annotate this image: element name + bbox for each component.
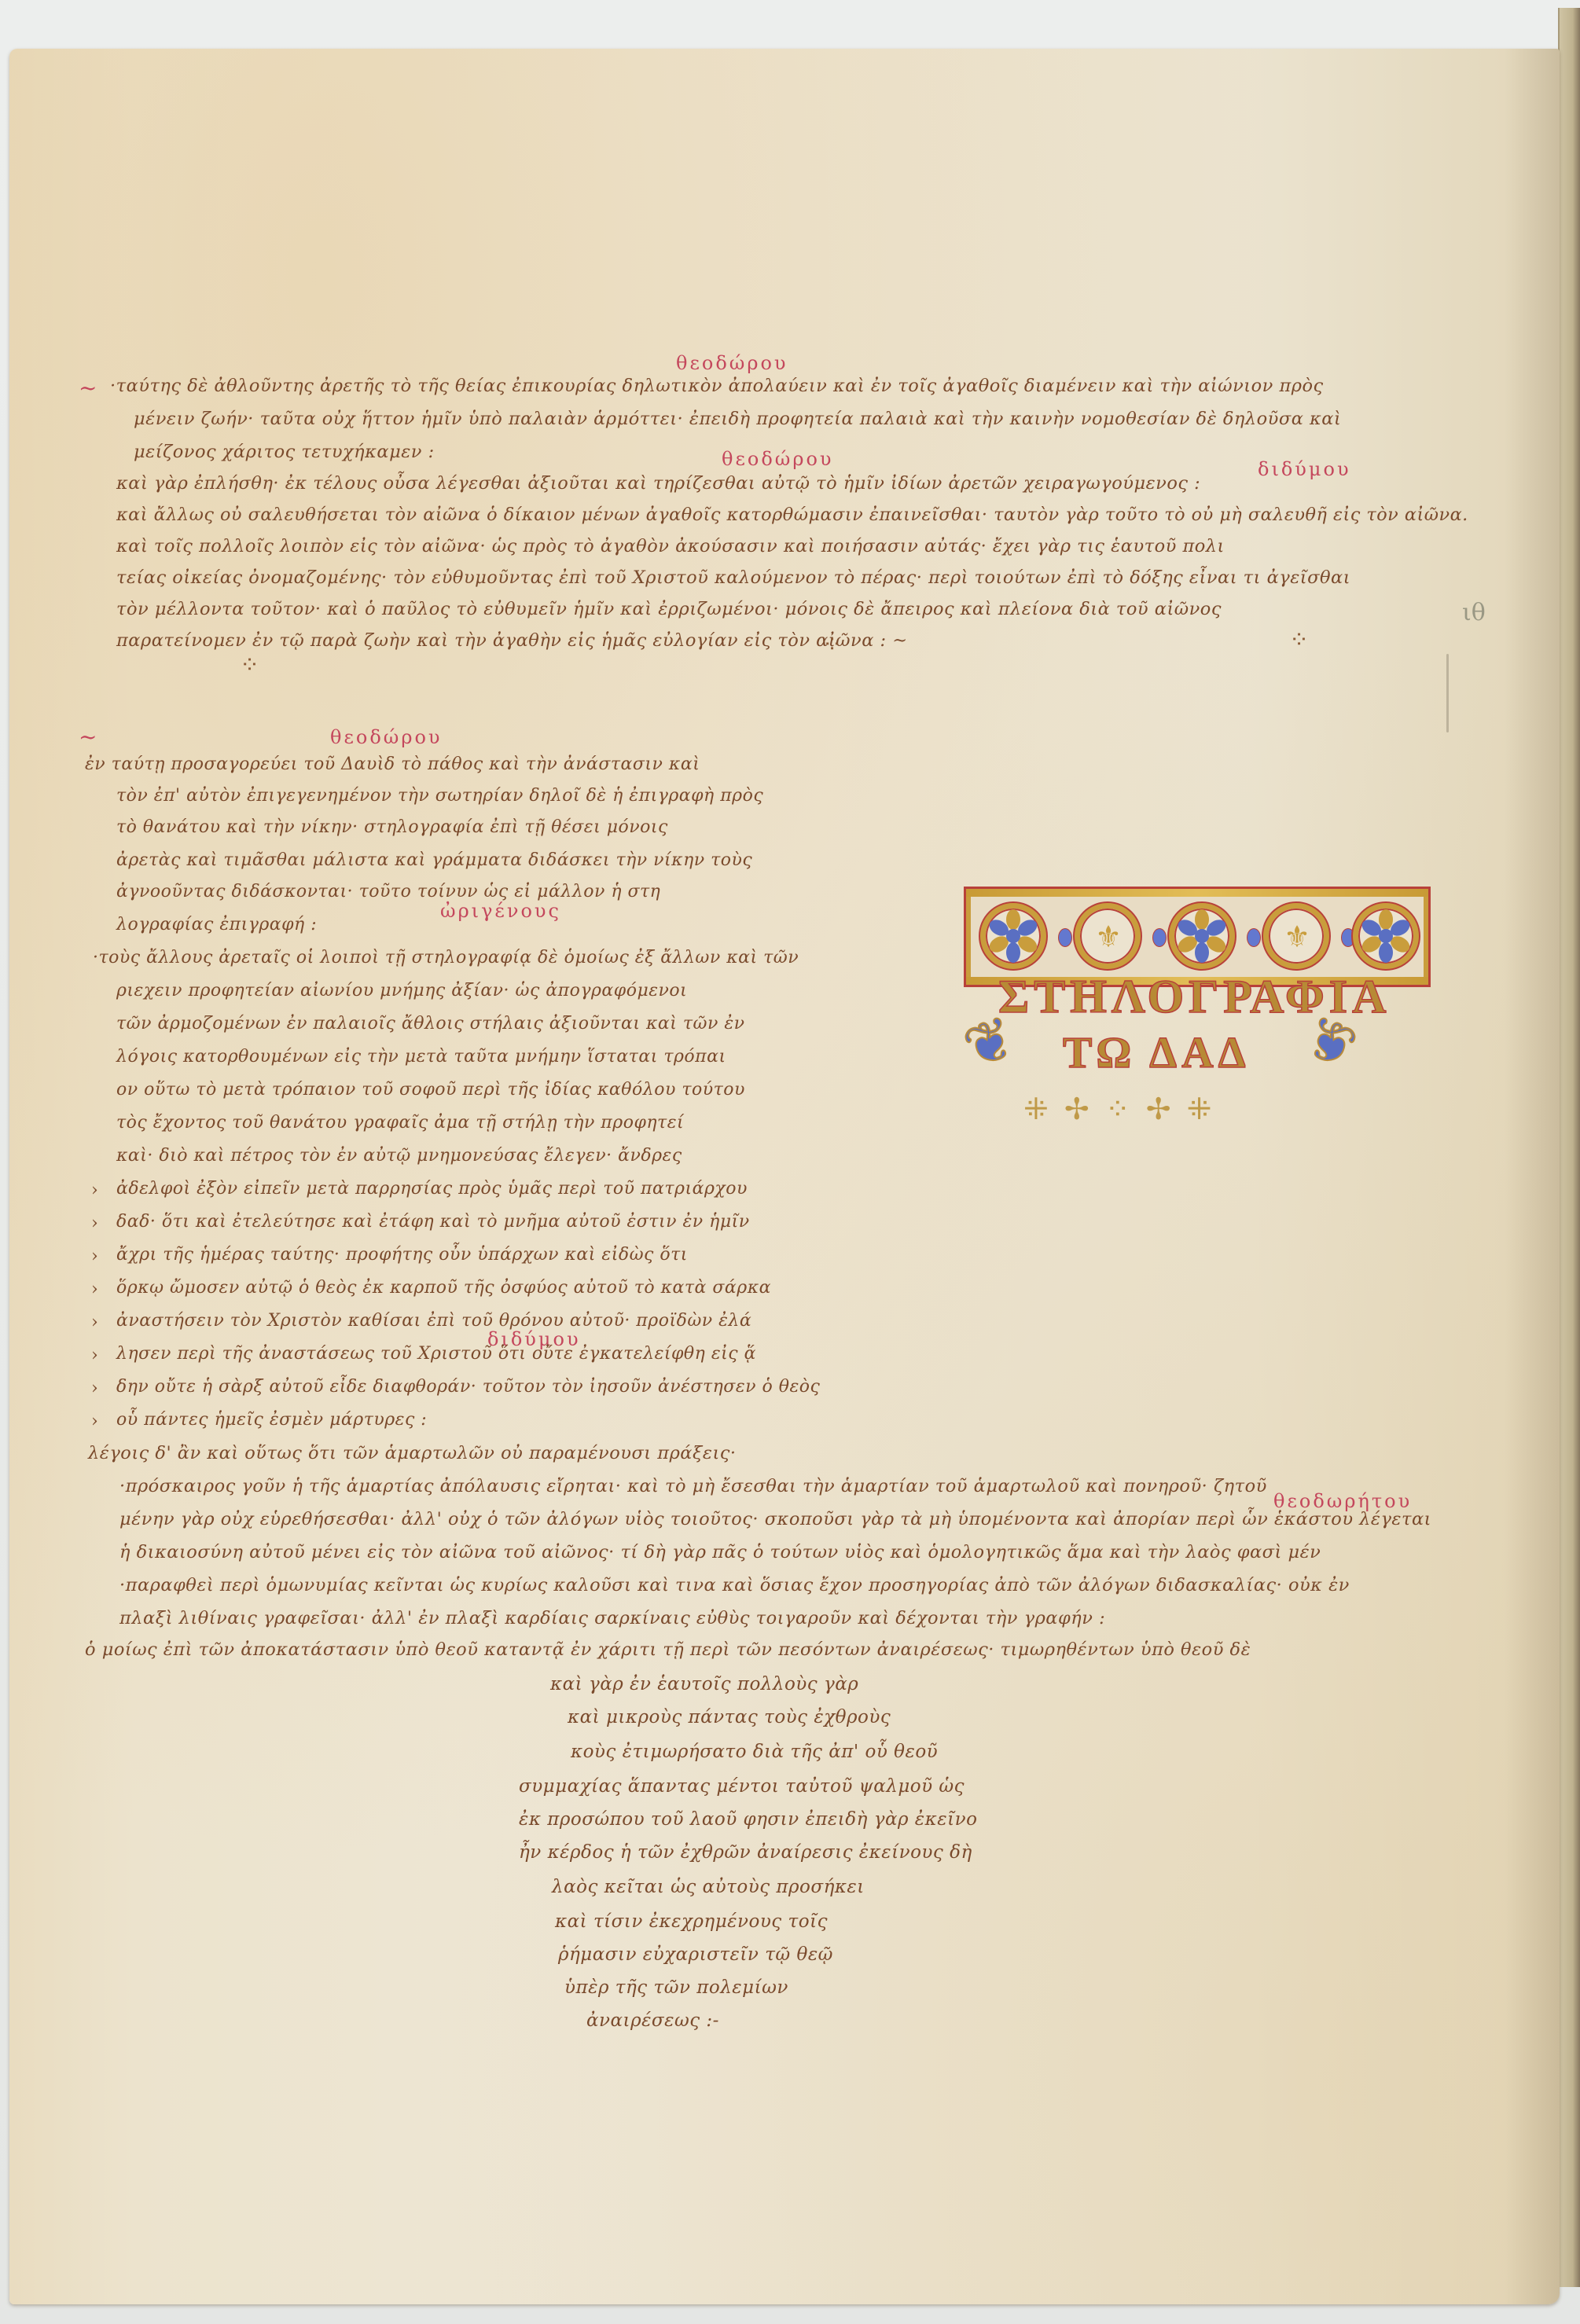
- text-line: λόγοις κατορθουμένων εἰς τὴν μετὰ ταῦτα …: [116, 1048, 726, 1066]
- text-line: λαὸς κεῖται ὡς αὐτοὺς προσήκει: [552, 1878, 865, 1896]
- text-line: καὶ τοῖς πολλοῖς λοιπὸν εἰς τὸν αἰῶνα· ὡ…: [116, 538, 1225, 556]
- text-line: ἦν κέρδος ἡ τῶν ἐχθρῶν ἀναίρεσις ἐκείνου…: [519, 1844, 972, 1862]
- text-line: ἀναιρέσεως :-: [586, 2012, 719, 2030]
- adjacent-leaf-edge: [1558, 8, 1580, 2287]
- text-line: ἀναστήσειν τὸν Χριστὸν καθίσαι ἐπὶ τοῦ θ…: [116, 1313, 751, 1330]
- text-line: πλαξὶ λιθίναις γραφεῖσαι· ἀλλ' ἐν πλαξὶ …: [119, 1610, 1105, 1628]
- ornament-row: ⁜ ✢ ⁘ ✢ ⁜: [1023, 1094, 1215, 1124]
- quotation-marker-icon: ›: [91, 1379, 98, 1398]
- text-line: κοὺς ἐτιμωρήσατο διὰ τῆς ἀπ' οὗ θεοῦ: [571, 1743, 938, 1761]
- text-line: μείζονος χάριτος τετυχήκαμεν :: [134, 443, 435, 461]
- text-line: ὅρκῳ ὤμοσεν αὐτῷ ὁ θεὸς ἐκ καρποῦ τῆς ὀσ…: [116, 1279, 771, 1297]
- separator-ornament-icon: ⁘: [240, 654, 259, 677]
- rubric-theodorou-2: θεοδώρου: [722, 450, 834, 468]
- manuscript-page: ~ ~ θεοδώρου θεοδώρου διδύμου ·ταύτης δὲ…: [9, 49, 1560, 2304]
- text-line: μένην γὰρ οὐχ εὑρεθήσεσθαι· ἀλλ' οὐχ ὁ τ…: [119, 1511, 1431, 1529]
- text-line: λέγοις δ' ἂν καὶ οὕτως ὅτι τῶν ἁμαρτωλῶν…: [88, 1445, 737, 1463]
- text-line: καὶ γὰρ ἐπλήσθη· ἐκ τέλους οὖσα λέγεσθαι…: [116, 475, 1200, 493]
- separator-ornament-icon: ⁘: [822, 633, 842, 657]
- text-line: τῶν ἀρμοζομένων ἐν παλαιοῖς ἄθλοις στήλα…: [116, 1015, 745, 1033]
- text-line: λογραφίας ἐπιγραφή :: [116, 916, 317, 934]
- quotation-marker-icon: ›: [91, 1313, 98, 1332]
- fleur-de-lis-roundel-icon: ⚜: [1075, 903, 1141, 969]
- text-line: συμμαχίας ἅπαντας μέντοι ταὐτοῦ ψαλμοῦ ὡ…: [519, 1778, 965, 1796]
- text-line: μένειν ζωήν· ταῦτα οὐχ ἥττον ἡμῖν ὑπὸ πα…: [134, 410, 1341, 428]
- fleur-de-lis-roundel-icon: ⚜: [1263, 903, 1329, 969]
- quotation-marker-icon: ›: [91, 1180, 98, 1200]
- text-line: ριεχειν προφητείαν αἰωνίου μνήμης ἀξίαν·…: [116, 982, 687, 1000]
- rosette-roundel-icon: [1169, 903, 1235, 969]
- margin-sign-left-column: ~: [79, 726, 99, 748]
- text-line: καὶ ἄλλως οὐ σαλευθήσεται τὸν αἰῶνα ὁ δί…: [116, 506, 1468, 524]
- title-line-2: ΤΩ ΔΑΔ: [1063, 1031, 1251, 1075]
- quotation-marker-icon: ›: [91, 1246, 98, 1266]
- rosette-roundel-icon: [980, 903, 1046, 969]
- marginal-stroke: [1446, 654, 1449, 732]
- folio-marginal-note: ιθ: [1462, 599, 1486, 626]
- text-line: δην οὔτε ἡ σὰρξ αὐτοῦ εἶδε διαφθοράν· το…: [116, 1379, 820, 1396]
- text-line: καὶ· διὸ καὶ πέτρος τὸν ἐν αὐτῷ μνημονεύ…: [116, 1147, 682, 1165]
- text-line: ἡ δικαιοσύνη αὐτοῦ μένει εἰς τὸν αἰῶνα τ…: [119, 1544, 1321, 1562]
- rubric-theodorou-3: θεοδώρου: [330, 728, 443, 747]
- text-line: ἐν ταύτῃ προσαγορεύει τοῦ Δαυὶδ τὸ πάθος…: [85, 756, 700, 773]
- text-line: καὶ τίσιν ἐκεχρημένους τοῖς: [555, 1913, 828, 1931]
- text-line: ·παραφθεὶ περὶ ὁμωνυμίας κεῖνται ὡς κυρί…: [119, 1577, 1350, 1595]
- headpiece-top-band: [966, 889, 1428, 897]
- text-line: δαδ· ὅτι καὶ ἐτελεύτησε καὶ ἐτάφη καὶ τὸ…: [116, 1213, 750, 1231]
- rubric-origenous: ὠριγένους: [440, 901, 561, 920]
- text-line: παρατείνομεν ἐν τῷ παρὰ ζωὴν καὶ τὴν ἀγα…: [116, 632, 908, 650]
- text-line: ·ταύτης δὲ ἀθλοῦντης ἀρετῆς τὸ τῆς θείας…: [110, 377, 1324, 395]
- text-line: ·τοὺς ἄλλους ἀρεταῖς οἱ λοιποὶ τῇ στηλογ…: [93, 949, 799, 967]
- text-line: ἀδελφοὶ ἐξὸν εἰπεῖν μετὰ παρρησίας πρὸς …: [116, 1180, 748, 1198]
- text-line: ἀρετὰς καὶ τιμᾶσθαι μάλιστα καὶ γράμματα…: [116, 852, 752, 869]
- text-line: ῥήμασιν εὐχαριστεῖν τῷ θεῷ: [558, 1946, 833, 1964]
- text-line: ὑπὲρ τῆς τῶν πολεμίων: [564, 1979, 788, 1997]
- text-line: ἐκ προσώπου τοῦ λαοῦ φησιν ἐπειδὴ γὰρ ἐκ…: [519, 1811, 977, 1829]
- text-line: τὸν μέλλοντα τοῦτον· καὶ ὁ παῦλος τὸ εὐθ…: [116, 600, 1222, 619]
- text-line: τὸ θανάτου καὶ τὴν νίκην· στηλογραφία ἐπ…: [116, 819, 668, 836]
- rubric-theodoretou: θεοδωρήτου: [1273, 1492, 1412, 1511]
- text-line: λησεν περὶ τῆς ἀναστάσεως τοῦ Χριστοῦ ὅτ…: [116, 1346, 756, 1363]
- text-line: τείας οἰκείας ὀνομαζομένης· τὸν εὐθυμοῦν…: [116, 569, 1350, 587]
- quotation-marker-icon: ›: [91, 1279, 98, 1299]
- blue-gem-icon: [1058, 928, 1072, 947]
- text-line: καὶ γὰρ ἐν ἑαυτοῖς πολλοὺς γὰρ: [550, 1676, 858, 1694]
- text-line: ἀγνοοῦντας διδάσκονται· τοῦτο τοίνυν ὡς …: [116, 883, 660, 901]
- margin-sign-upper: ~: [79, 377, 99, 399]
- rubric-theodorou-1: θεοδώρου: [676, 354, 788, 373]
- text-line: καὶ μικροὺς πάντας τοὺς ἐχθροὺς: [568, 1709, 891, 1727]
- blue-gem-icon: [1152, 928, 1167, 947]
- blue-gem-icon: [1247, 928, 1261, 947]
- text-line: ἄχρι τῆς ἡμέρας ταύτης· προφήτης οὖν ὑπά…: [116, 1246, 688, 1264]
- rubric-didymou-1: διδύμου: [1258, 460, 1351, 479]
- text-line: τὸς ἔχοντος τοῦ θανάτου γραφαῖς ἀμα τῇ σ…: [116, 1114, 684, 1132]
- rosette-roundel-icon: [1353, 903, 1419, 969]
- text-line: οὗ πάντες ἡμεῖς ἐσμὲν μάρτυρες :: [116, 1412, 427, 1429]
- text-line: ον οὕτω τὸ μετὰ τρόπαιον τοῦ σοφοῦ περὶ …: [116, 1081, 745, 1099]
- text-line: ·πρόσκαιρος γοῦν ἡ τῆς ἁμαρτίας ἀπόλαυσι…: [119, 1478, 1267, 1496]
- gutter-shadow: [1505, 49, 1560, 2304]
- quotation-marker-icon: ›: [91, 1412, 98, 1431]
- separator-ornament-icon: ⁘: [1289, 629, 1309, 652]
- text-line: τὸν ἐπ' αὐτὸν ἐπιγεγενημένον τὴν σωτηρία…: [116, 788, 763, 805]
- text-line: ὁ μοίως ἐπὶ τῶν ἀποκατάστασιν ὑπὸ θεοῦ κ…: [85, 1641, 1251, 1659]
- quotation-marker-icon: ›: [91, 1213, 98, 1233]
- quotation-marker-icon: ›: [91, 1346, 98, 1365]
